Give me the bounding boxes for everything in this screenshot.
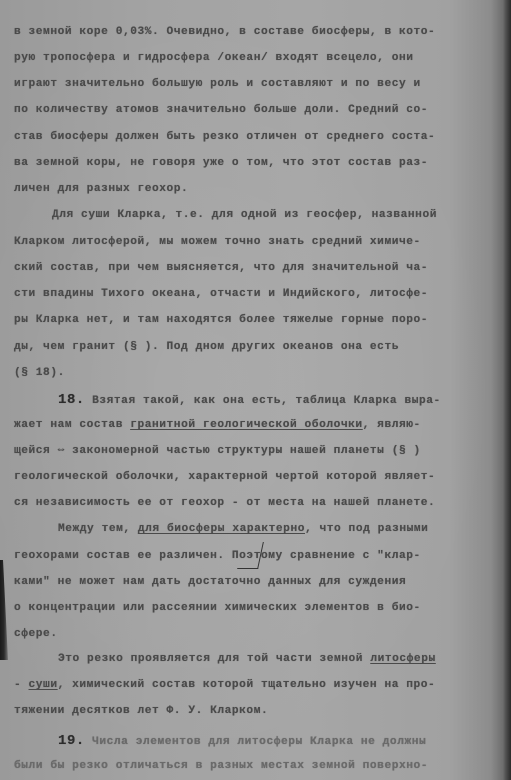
- paragraph-start-line: Между тем, для биосферы характерно, что …: [58, 523, 428, 535]
- text-line: (§ 18).: [14, 367, 65, 379]
- text-line: щейся ⇔ закономерной частью структуры на…: [14, 445, 421, 457]
- text-line: ва земной коры, не говоря уже о том, что…: [14, 157, 428, 169]
- text-line: ды, чем гранит (§ ). Под дном других оке…: [14, 341, 399, 353]
- text-segment: , являю-: [363, 419, 421, 431]
- text-line: ся независимость ее от геохор - от места…: [14, 497, 435, 509]
- text-line: тяжении десятков лет Ф. У. Кларком.: [14, 705, 268, 717]
- text-segment: Это резко проявляется для той части земн…: [58, 653, 370, 665]
- text-line: - суши, химический состав которой тщател…: [14, 679, 435, 691]
- underlined-phrase: для биосферы характерно: [138, 523, 305, 535]
- text-line: ский состав, при чем выясняется, что для…: [14, 262, 428, 274]
- text-line: ками" не может нам дать достаточно данны…: [14, 576, 406, 588]
- text-line: геологической оболочки, характерной черт…: [14, 471, 435, 483]
- underlined-phrase: гранитной геологической оболочки: [130, 419, 362, 431]
- text-segment: -: [14, 679, 29, 691]
- text-line: о концентрации или рассеянии химических …: [14, 602, 421, 614]
- text-line: играют значительно большую роль и состав…: [14, 78, 421, 90]
- page-edge-shadow-right: [503, 0, 511, 780]
- text-segment: Между тем,: [58, 523, 138, 535]
- text-line: личен для разных геохор.: [14, 183, 188, 195]
- underlined-phrase: суши: [29, 679, 58, 691]
- text-line: сти впадины Тихого океана, отчасти и Инд…: [14, 288, 428, 300]
- text-segment: , химический состав которой тщательно из…: [58, 679, 436, 691]
- section-19-heading: 19. Числа элементов для литосферы Кларка…: [58, 733, 426, 749]
- scanned-page: в земной коре 0,03%. Очевидно, в составе…: [0, 0, 511, 780]
- text-line: Кларком литосферой, мы можем точно знать…: [14, 236, 421, 248]
- text-line: геохорами состав ее различен. Поэтому ср…: [14, 550, 421, 562]
- text-line: по количеству атомов значительно больше …: [14, 104, 428, 116]
- text-line: жает нам состав гранитной геологической …: [14, 419, 421, 431]
- page-edge-shadow-left: [0, 560, 10, 660]
- handwritten-insertion-mark: [237, 542, 264, 569]
- paragraph-start-line: Для суши Кларка, т.е. для одной из геосф…: [52, 209, 437, 221]
- text-segment: жает нам состав: [14, 419, 130, 431]
- section-number: 19.: [58, 733, 85, 749]
- underlined-phrase: литосферы: [370, 653, 435, 665]
- section-number: 18.: [58, 392, 85, 408]
- text-line: став биосферы должен быть резко отличен …: [14, 131, 435, 143]
- text-line: в земной коре 0,03%. Очевидно, в составе…: [14, 26, 435, 38]
- text-segment: , что под разными: [305, 523, 428, 535]
- text-segment: Числа элементов для литосферы Кларка не …: [92, 736, 426, 748]
- text-line: сфере.: [14, 628, 58, 640]
- text-line: ры Кларка нет, и там находятся более тяж…: [14, 314, 428, 326]
- text-line: рую тропосфера и гидросфера /океан/ вход…: [14, 52, 414, 64]
- text-segment: Взятая такой, как она есть, таблица Клар…: [92, 395, 441, 407]
- text-line: были бы резко отличаться в разных местах…: [14, 760, 428, 772]
- section-18-heading: 18. Взятая такой, как она есть, таблица …: [58, 392, 441, 408]
- paragraph-start-line: Это резко проявляется для той части земн…: [58, 653, 436, 665]
